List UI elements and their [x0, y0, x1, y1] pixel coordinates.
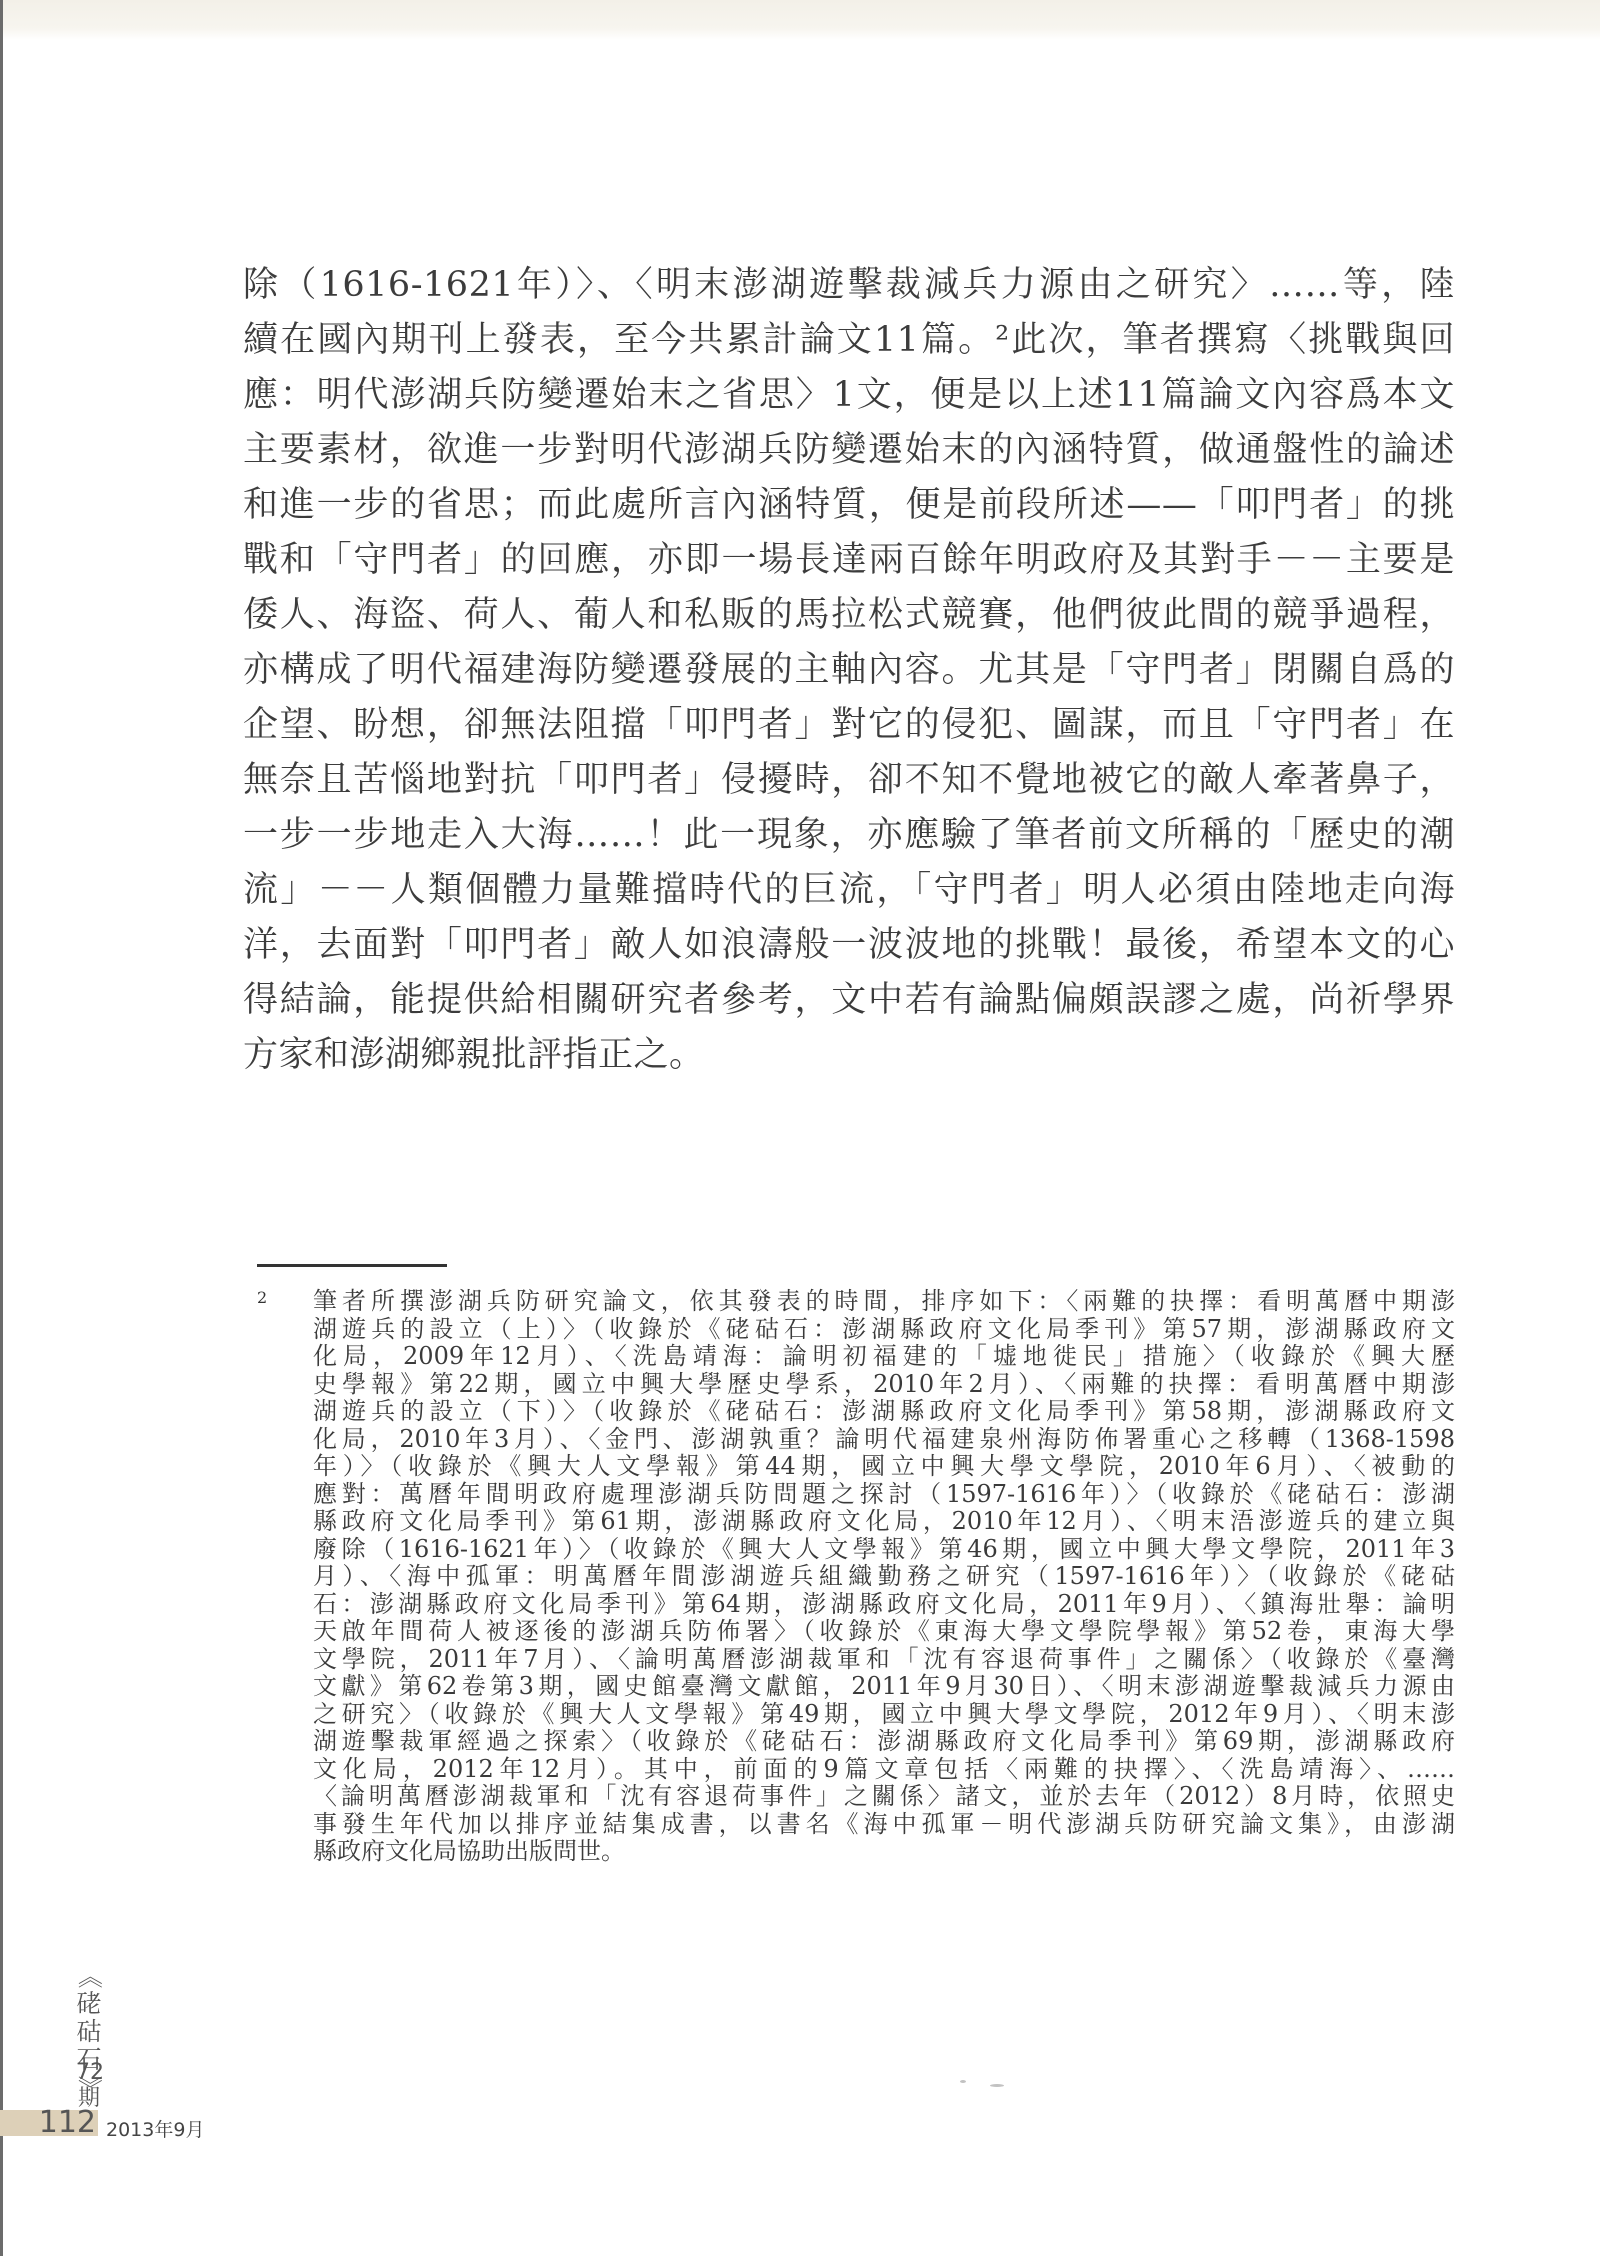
body-line: 方家和澎湖鄉親批評指正之。 [243, 1028, 1455, 1083]
footnote-line: 史學報》第22期，國立中興大學歷史學系，2010年2月）、〈兩難的抉擇：看明萬曆… [313, 1371, 1455, 1399]
main-body-text: 除（1616-1621年）〉、〈明末澎湖遊擊裁減兵力源由之研究〉……等，陸 續在… [243, 258, 1455, 1083]
scan-speck [960, 2080, 966, 2083]
footnote-line: 湖遊兵的設立（下）〉（收錄於《硓𥑮石：澎湖縣政府文化局季刊》第58期，澎湖縣政府… [313, 1398, 1455, 1426]
footnote-line: 化局，2010年3月）、〈金門、澎湖孰重？論明代福建泉州海防佈署重心之移轉（13… [313, 1426, 1455, 1454]
title-char: 《 [75, 1963, 103, 1989]
footnote-line: 應對：萬曆年間明政府處理澎湖兵防問題之探討（1597-1616年）〉（收錄於《硓… [313, 1481, 1455, 1509]
body-line: 一步一步地走入大海……！此一現象，亦應驗了筆者前文所稱的「歷史的潮 [243, 808, 1455, 863]
body-line: 無奈且苦惱地對抗「叩門者」侵擾時，卻不知不覺地被它的敵人牽著鼻子， [243, 753, 1455, 808]
body-line: 洋，去面對「叩門者」敵人如浪濤般一波波地的挑戰！最後，希望本文的心 [243, 918, 1455, 973]
footnote-line: 文獻》第62卷第3期，國史館臺灣文獻館，2011年9月30日）、〈明末澎湖遊擊裁… [313, 1673, 1455, 1701]
body-line: 亦構成了明代福建海防變遷發展的主軸內容。尤其是「守門者」閉關自爲的 [243, 643, 1455, 698]
body-line: 流」－－人類個體力量難擋時代的巨流，「守門者」明人必須由陸地走向海 [243, 863, 1455, 918]
body-line: 戰和「守門者」的回應，亦即一場長達兩百餘年明政府及其對手－－主要是 [243, 533, 1455, 588]
issue-number: 72 [76, 2060, 102, 2086]
body-line: 倭人、海盜、荷人、葡人和私販的馬拉松式競賽，他們彼此間的競爭過程， [243, 588, 1455, 643]
body-line: 企望、盼想，卻無法阻擋「叩門者」對它的侵犯、圖謀，而且「守門者」在 [243, 698, 1455, 753]
footnote-separator [257, 1264, 447, 1267]
body-line: 和進一步的省思；而此處所言內涵特質，便是前段所述——「叩門者」的挑 [243, 478, 1455, 533]
footnote-line: 天啟年間荷人被逐後的澎湖兵防佈署〉（收錄於《東海大學文學院學報》第52卷，東海大… [313, 1618, 1455, 1646]
footnote-line: 廢除（1616-1621年）〉（收錄於《興大人文學報》第46期，國立中興大學文學… [313, 1536, 1455, 1564]
footnote-line: 文化局，2012年12月）。其中，前面的9篇文章包括〈兩難的抉擇〉、〈洗島靖海〉… [313, 1756, 1455, 1784]
body-line: 續在國內期刊上發表，至今共累計論文11篇。²此次，筆者撰寫〈挑戰與回 [243, 313, 1455, 368]
footnote-line: 文學院，2011年7月）、〈論明萬曆澎湖裁軍和「沈有容退荷事件」之關係〉（收錄於… [313, 1646, 1455, 1674]
footnote-line: 縣政府文化局季刊》第61期，澎湖縣政府文化局，2010年12月）、〈明末浯澎遊兵… [313, 1508, 1455, 1536]
scan-top-band [0, 0, 1600, 40]
footnote-line: 年）〉（收錄於《興大人文學報》第44期，國立中興大學文學院，2010年6月）、〈… [313, 1453, 1455, 1481]
footnote-line: 之研究〉（收錄於《興大人文學報》第49期，國立中興大學文學院，2012年9月）、… [313, 1701, 1455, 1729]
footnote-line: 化局，2009年12月）、〈洗島靖海：論明初福建的「墟地徙民」措施〉（收錄於《興… [313, 1343, 1455, 1371]
body-line: 主要素材，欲進一步對明代澎湖兵防變遷始末的內涵特質，做通盤性的論述 [243, 423, 1455, 478]
page-number: 112 [39, 2105, 96, 2140]
footnote-line: 湖遊擊裁軍經過之探索〉（收錄於《硓𥑮石：澎湖縣政府文化局季刊》第69期，澎湖縣政… [313, 1728, 1455, 1756]
body-line: 應：明代澎湖兵防變遷始末之省思〉1文，便是以上述11篇論文內容爲本文 [243, 368, 1455, 423]
footnote-number: 2 [257, 1288, 267, 1307]
scan-speck [990, 2084, 1004, 2087]
page-number-tab: 112 [0, 2110, 98, 2136]
footnote-line: 石：澎湖縣政府文化局季刊》第64期，澎湖縣政府文化局，2011年9月）、〈鎮海壯… [313, 1591, 1455, 1619]
footnote-line: 〈論明萬曆澎湖裁軍和「沈有容退荷事件」之關係〉諸文，並於去年（2012）8月時，… [313, 1783, 1455, 1811]
body-line: 得結論，能提供給相關研究者參考，文中若有論點偏頗誤謬之處，尚祈學界 [243, 973, 1455, 1028]
footnote-line: 湖遊兵的設立（上）〉（收錄於《硓𥑮石：澎湖縣政府文化局季刊》第57期，澎湖縣政府… [313, 1316, 1455, 1344]
footnote-line: 筆者所撰澎湖兵防研究論文，依其發表的時間，排序如下：〈兩難的抉擇：看明萬曆中期澎 [313, 1288, 1455, 1316]
body-line: 除（1616-1621年）〉、〈明末澎湖遊擊裁減兵力源由之研究〉……等，陸 [243, 258, 1455, 313]
issue-date: 2013年9月 [106, 2115, 204, 2142]
footnote-line: 事發生年代加以排序並結集成書，以書名《海中孤軍－明代澎湖兵防研究論文集》，由澎湖 [313, 1811, 1455, 1839]
page-edge [0, 0, 3, 2256]
footnote-line: 縣政府文化局協助出版問世。 [313, 1838, 1455, 1866]
footnote-text: 筆者所撰澎湖兵防研究論文，依其發表的時間，排序如下：〈兩難的抉擇：看明萬曆中期澎… [313, 1288, 1455, 1866]
footnote-line: 月）、〈海中孤軍：明萬曆年間澎湖遊兵組織勤務之研究（1597-1616年）〉（收… [313, 1563, 1455, 1591]
title-char: 硓 [76, 1990, 102, 2018]
title-char: 𥑮 [76, 2018, 102, 2046]
